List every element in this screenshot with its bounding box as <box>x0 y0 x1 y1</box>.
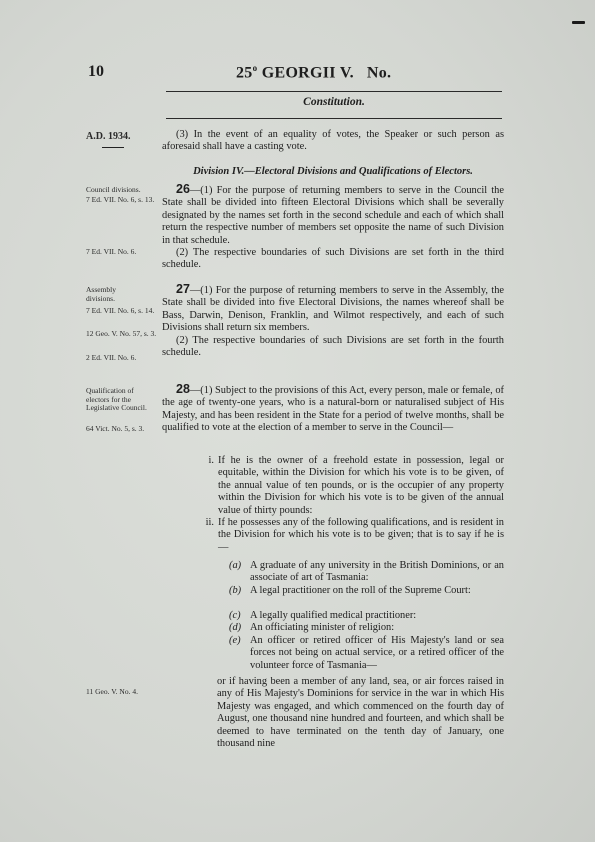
section-26-sub-1: 26—(1) For the purpose of returning memb… <box>162 183 504 247</box>
margin-year: A.D. 1934. <box>86 131 166 143</box>
act-title: Constitution. <box>166 96 502 108</box>
margin-ref-28-war: 11 Geo. V. No. 4. <box>86 688 148 697</box>
sub-item-a: (a) A graduate of any university in the … <box>250 560 504 585</box>
sub-item-c: (c) A legally qualified medical practiti… <box>250 610 504 622</box>
corner-mark <box>572 21 585 24</box>
sub-item-c-label: (c) <box>229 610 241 622</box>
margin-ref-27-2: 2 Ed. VII. No. 6. <box>86 354 166 363</box>
margin-ref-26-2: 7 Ed. VII. No. 6. <box>86 248 166 257</box>
section-27: 27—(1) For the purpose of returning memb… <box>162 283 504 359</box>
margin-assembly-divisions: Assembly divisions. <box>86 286 134 303</box>
margin-council-divisions: Council divisions. <box>86 186 166 195</box>
item-i-label: i. <box>196 455 214 467</box>
header-rule-bottom <box>166 118 502 119</box>
sub-item-b: (b) A legal practitioner on the roll of … <box>250 585 504 597</box>
sub-item-a-label: (a) <box>229 560 241 572</box>
sub-item-d-label: (d) <box>229 622 241 634</box>
sub-item-b-label: (b) <box>229 585 241 597</box>
section-number: 28 <box>176 382 190 396</box>
section-26-sub-2: (2) The respective boundaries of such Di… <box>162 247 504 272</box>
division-heading: Division IV.—Electoral Divisions and Qua… <box>162 166 504 177</box>
paragraph-3: (3) In the event of an equality of votes… <box>162 129 504 154</box>
section-number: 27 <box>176 282 190 296</box>
section-27-sub-2: (2) The respective boundaries of such Di… <box>162 335 504 360</box>
sub-item-d: (d) An officiating minister of religion: <box>250 622 504 634</box>
regnal-text: GEORGII V. No. <box>257 64 391 81</box>
section-28: 28—(1) Subject to the provisions of this… <box>162 383 504 435</box>
sub-item-e-label: (e) <box>229 635 241 647</box>
margin-ref-27-1a: 7 Ed. VII. No. 6, s. 14. <box>86 307 164 316</box>
section-number: 26 <box>176 182 190 196</box>
item-ii-label: ii. <box>196 517 214 529</box>
war-service-clause: or if having been a member of any land, … <box>217 676 504 750</box>
running-head: 25o GEORGII V. No. <box>236 63 391 82</box>
margin-ref-27-1b: 12 Geo. V. No. 57, s. 3. <box>86 330 164 339</box>
header-rule-top <box>166 91 502 92</box>
item-i: i. If he is the owner of a freehold esta… <box>218 455 504 517</box>
regnal-year-num: 25 <box>236 64 253 81</box>
item-ii: ii. If he possesses any of the following… <box>218 517 504 554</box>
margin-ref-28: 64 Vict. No. 5, s. 3. <box>86 425 152 434</box>
section-28-sub-1: 28—(1) Subject to the provisions of this… <box>162 383 504 435</box>
sub-item-e: (e) An officer or retired officer of His… <box>250 635 504 672</box>
page-number: 10 <box>88 63 104 81</box>
year-dash <box>102 147 124 148</box>
section-26: 26—(1) For the purpose of returning memb… <box>162 183 504 272</box>
document-page: 10 25o GEORGII V. No. Constitution. A.D.… <box>0 0 595 842</box>
section-27-sub-1: 27—(1) For the purpose of returning memb… <box>162 283 504 335</box>
margin-ref-26-1: 7 Ed. VII. No. 6, s. 13. <box>86 196 164 205</box>
margin-qualification: Qualification of electors for the Legisl… <box>86 387 152 413</box>
